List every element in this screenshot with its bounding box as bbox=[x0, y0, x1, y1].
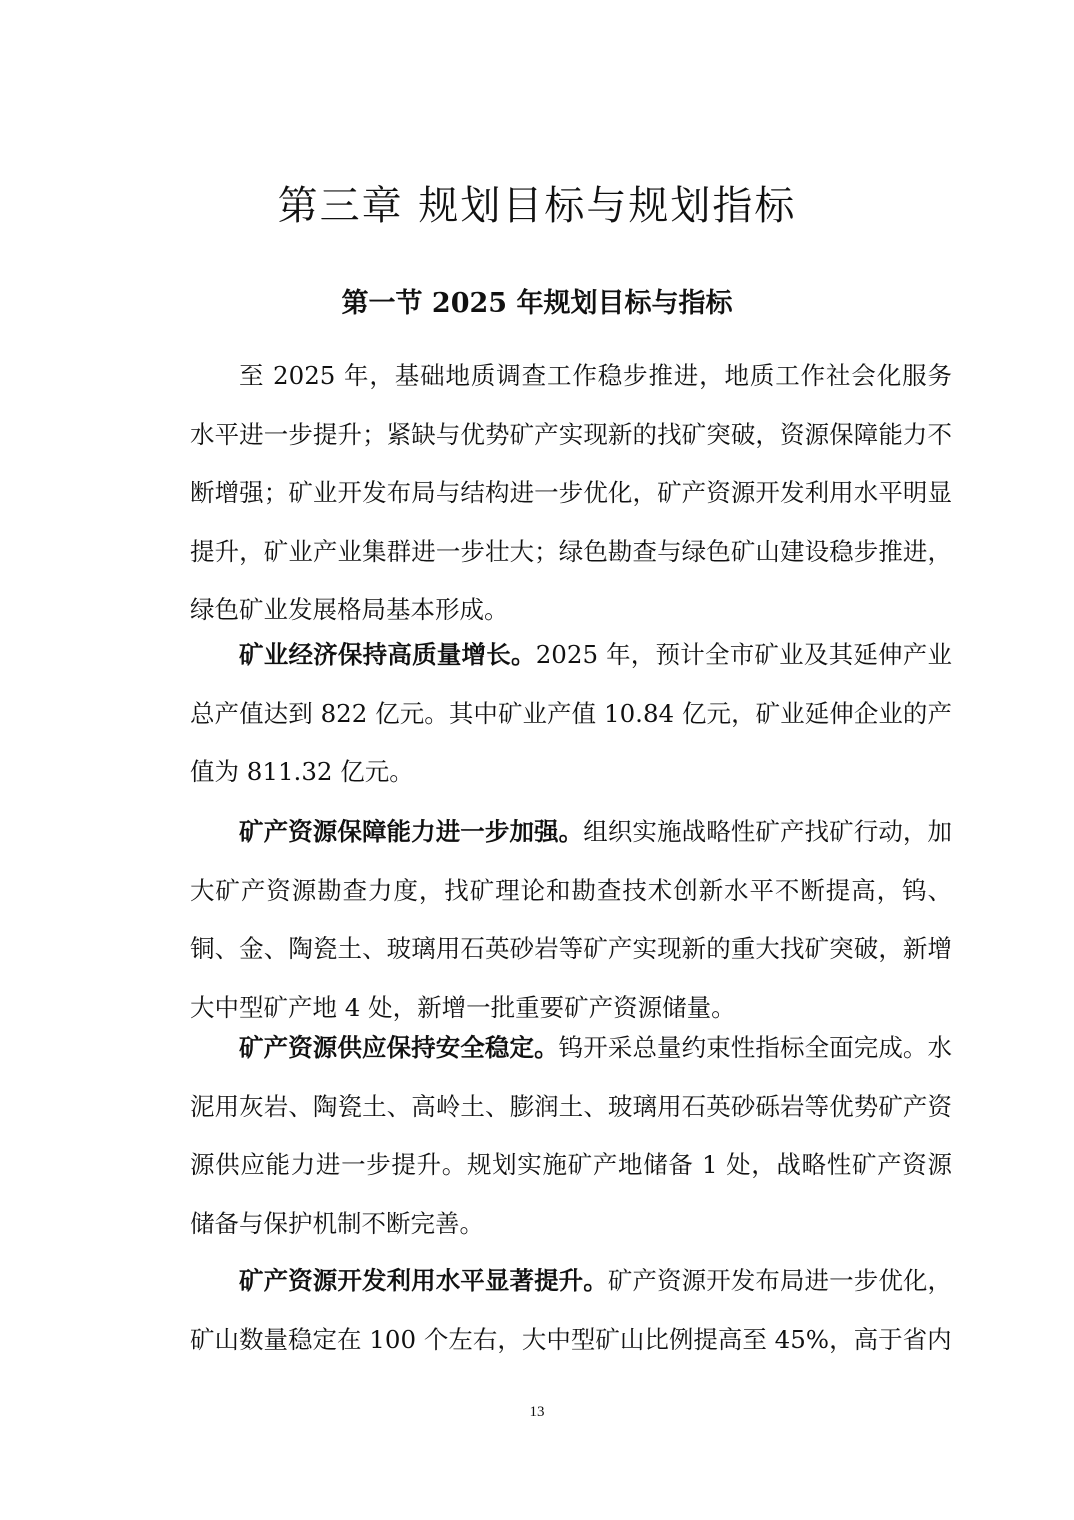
document-page: 第三章 规划目标与规划指标 第一节 2025 年规划目标与指标 至 2025 年… bbox=[0, 0, 1074, 1520]
paragraph-lead-heading: 矿产资源开发利用水平显著提升。 bbox=[239, 1266, 608, 1295]
paragraph-lead-heading: 矿产资源供应保持安全稳定。 bbox=[239, 1033, 559, 1062]
paragraph-resource-supply: 矿产资源供应保持安全稳定。钨开采总量约束性指标全面完成。水泥用灰岩、陶瓷土、高岭… bbox=[190, 1019, 952, 1253]
section-title: 第一节 2025 年规划目标与指标 bbox=[0, 286, 1074, 322]
paragraph-text: 钨开采总量约束性指标全面完成。水泥用灰岩、陶瓷土、高岭土、膨润土、玻璃用石英砂砾… bbox=[190, 1033, 952, 1238]
paragraph-lead-heading: 矿业经济保持高质量增长。 bbox=[239, 640, 536, 669]
paragraph-mining-economy: 矿业经济保持高质量增长。2025 年，预计全市矿业及其延伸产业总产值达到 822… bbox=[190, 626, 952, 802]
paragraph-overview: 至 2025 年，基础地质调查工作稳步推进，地质工作社会化服务水平进一步提升；紧… bbox=[190, 347, 952, 640]
paragraph-text: 至 2025 年，基础地质调查工作稳步推进，地质工作社会化服务水平进一步提升；紧… bbox=[190, 361, 952, 624]
chapter-title: 第三章 规划目标与规划指标 bbox=[0, 178, 1074, 234]
paragraph-text: 组织实施战略性矿产找矿行动，加大矿产资源勘查力度，找矿理论和勘查技术创新水平不断… bbox=[190, 817, 952, 1022]
paragraph-resource-utilization: 矿产资源开发利用水平显著提升。矿产资源开发布局进一步优化，矿山数量稳定在 100… bbox=[190, 1252, 952, 1369]
page-number: 13 bbox=[0, 1402, 1074, 1422]
paragraph-resource-security: 矿产资源保障能力进一步加强。组织实施战略性矿产找矿行动，加大矿产资源勘查力度，找… bbox=[190, 803, 952, 1037]
paragraph-lead-heading: 矿产资源保障能力进一步加强。 bbox=[239, 817, 583, 846]
